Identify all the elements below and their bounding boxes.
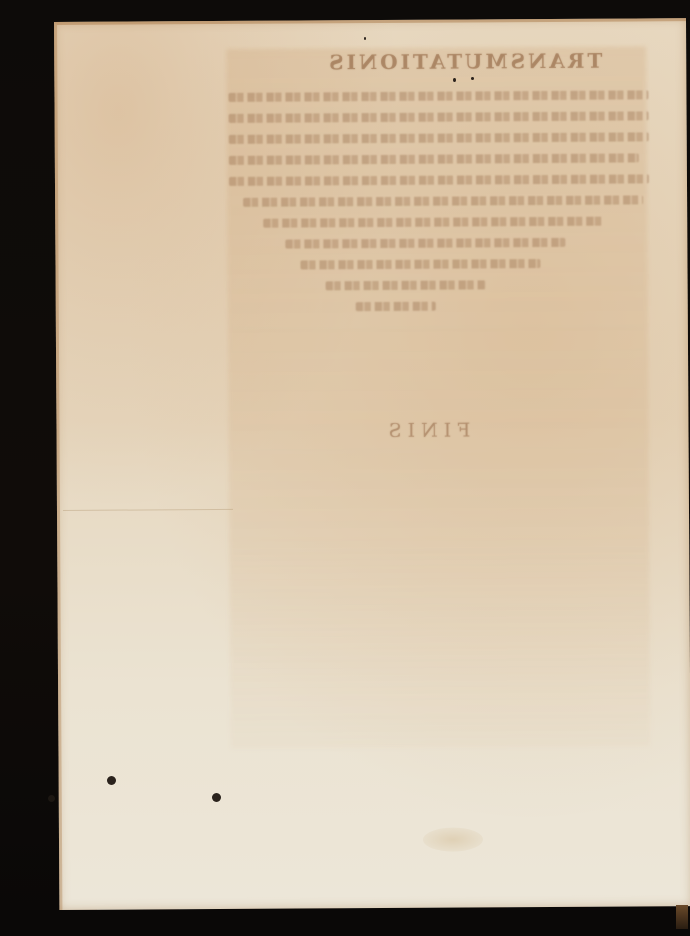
- show-through-line: [285, 238, 565, 249]
- show-through-line: [356, 302, 436, 311]
- ink-speck: [107, 776, 116, 785]
- show-through-running-head: TRANSMUTATIONIS: [294, 48, 634, 74]
- show-through-line: [300, 259, 540, 269]
- paper-crease: [63, 509, 233, 511]
- book-page: TRANSMUTATIONIS FINIS: [54, 18, 690, 910]
- show-through-line: [326, 280, 486, 290]
- ink-speck: [453, 78, 456, 82]
- ink-speck: [471, 77, 474, 80]
- show-through-finis: FINIS: [382, 419, 470, 442]
- show-through-ornament: [423, 827, 483, 851]
- ink-speck: [212, 793, 221, 802]
- ink-speck: [48, 795, 55, 802]
- ink-speck: [364, 37, 366, 40]
- book-edge: [676, 905, 688, 929]
- show-through-text-block: [226, 46, 650, 749]
